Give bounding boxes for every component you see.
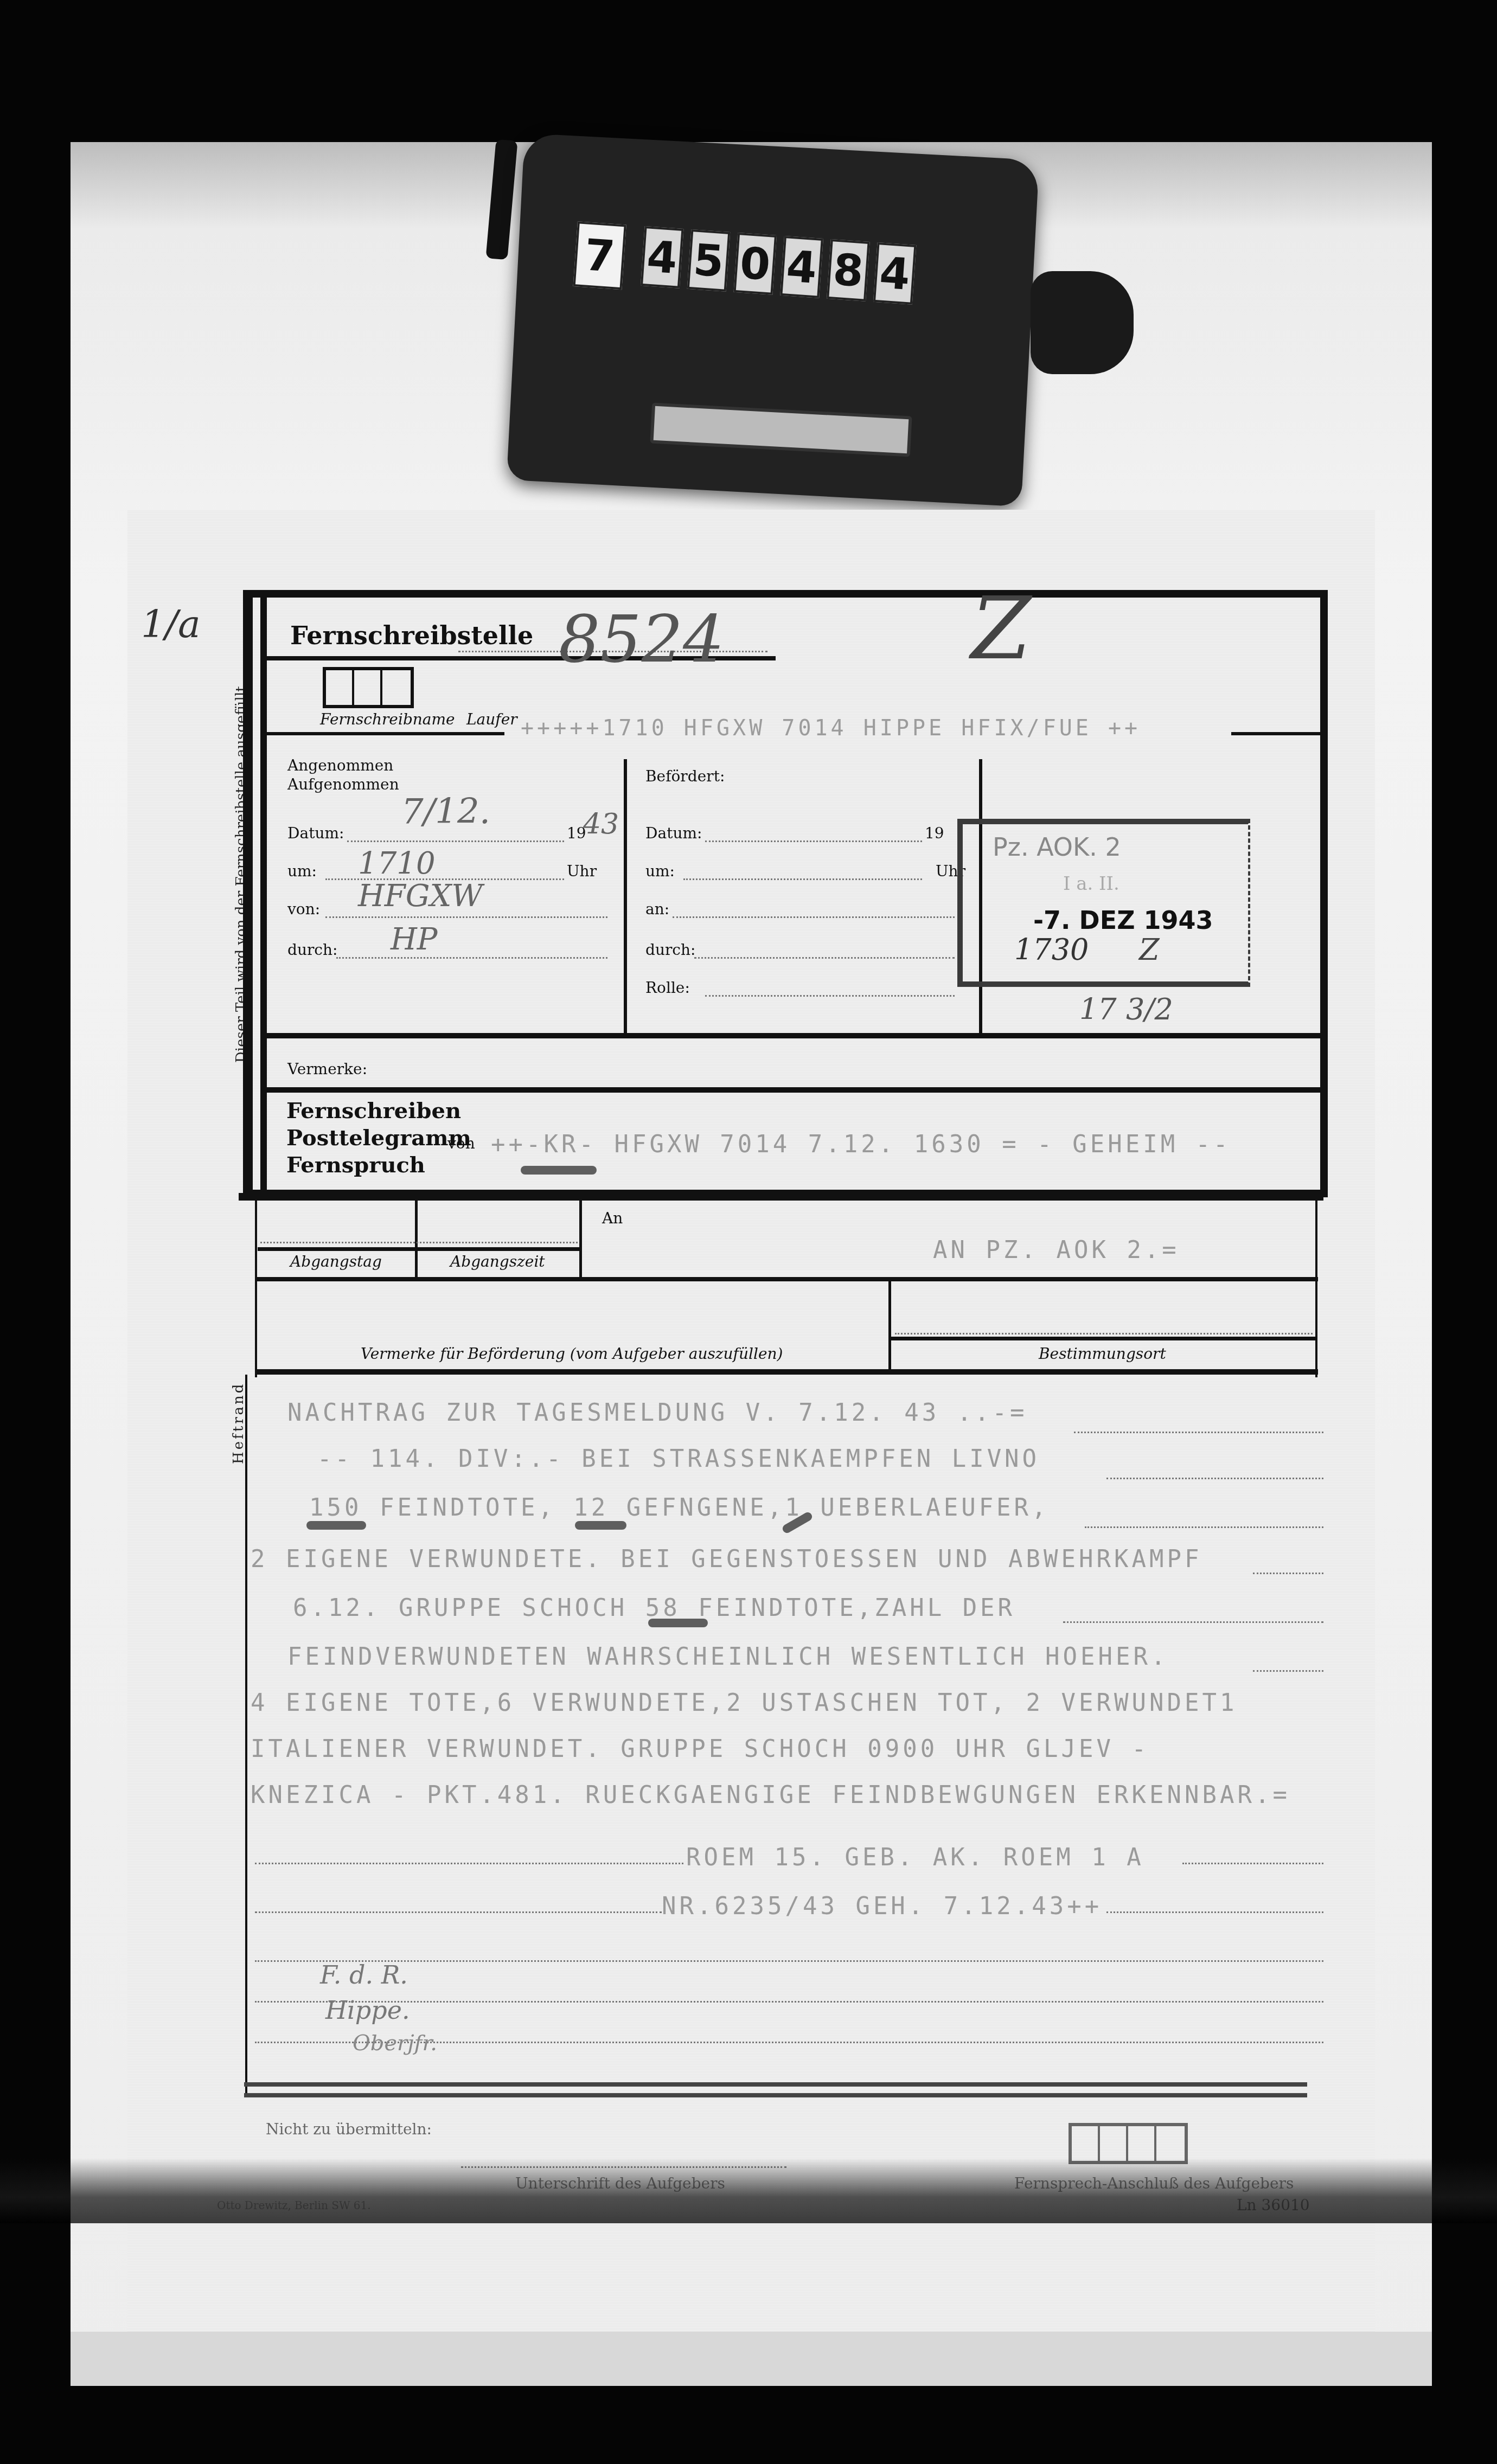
received-time-label: um: <box>287 862 317 880</box>
counter-digit: 7 <box>573 221 626 290</box>
body-line: ROEM 15. GEB. AK. ROEM 1 A <box>686 1844 1144 1871</box>
body-line: 2 EIGENE VERWUNDETE. BEI GEGENSTOESSEN U… <box>251 1545 1202 1573</box>
counter-digit: 4 <box>780 236 823 298</box>
received-title-bottom: Aufgenommen <box>287 775 399 793</box>
stamp-handwritten-below: 17 3/2 <box>1079 992 1173 1026</box>
received-year-value[interactable]: 43 <box>583 808 619 840</box>
counter-digit: 4 <box>641 226 683 288</box>
body-line: 4 EIGENE TOTE,6 VERWUNDETE,2 USTASCHEN T… <box>251 1689 1237 1717</box>
received-by-label: durch: <box>287 941 338 959</box>
underline-mark <box>575 1521 626 1530</box>
body-line: -- 114. DIV:.- BEI STRASSENKAEMPFEN LIVN… <box>317 1445 1040 1473</box>
underline-mark <box>648 1619 708 1627</box>
received-date-label: Datum: <box>287 824 344 842</box>
forwarded-title: Befördert: <box>645 767 725 785</box>
type-post-telegram[interactable]: Posttelegramm <box>286 1125 471 1151</box>
body-line: NACHTRAG ZUR TAGESMELDUNG V. 7.12. 43 ..… <box>287 1399 1028 1427</box>
body-line: 6.12. GRUPPE SCHOCH 58 FEINDTOTE,ZAHL DE… <box>293 1594 1015 1622</box>
underline-mark <box>521 1166 597 1175</box>
remarks-label: Vermerke: <box>287 1060 367 1078</box>
destination-label: Bestimmungsort <box>1039 1345 1166 1363</box>
binding-edge-label: Heftrand <box>231 1382 247 1464</box>
forwarded-time-label: um: <box>645 862 675 880</box>
stamp-initials: Z <box>1139 933 1160 967</box>
received-time-unit: Uhr <box>567 862 597 880</box>
forwarded-roll-label: Rolle: <box>645 979 690 997</box>
dispatch-to-value: AN PZ. AOK 2.= <box>933 1236 1180 1264</box>
dispatch-to-label: An <box>602 1209 623 1227</box>
forwarded-year-prefix: 19 <box>925 824 944 842</box>
counter-digit: 0 <box>734 233 777 295</box>
received-date-value[interactable]: 7/12. <box>401 792 490 832</box>
teleprinter-name-boxes[interactable] <box>323 667 414 708</box>
counter-digit: 4 <box>873 242 916 305</box>
forwarded-date-label: Datum: <box>645 824 702 842</box>
stamp-handwritten-time: 1730 <box>1014 933 1089 967</box>
message-from-value: ++-KR- HFGXW 7014 7.12. 1630 = - GEHEIM … <box>491 1131 1231 1158</box>
received-from-value[interactable]: HFGXW <box>358 878 483 914</box>
signature-line-1: F. d. R. <box>320 1960 408 1990</box>
not-transmit-label: Nicht zu übermitteln: <box>266 2120 432 2138</box>
forwarded-to-label: an: <box>645 900 669 918</box>
scan-bottom-shadow <box>0 2158 1497 2223</box>
received-by-value[interactable]: HP <box>391 922 438 957</box>
received-title-top: Angenommen <box>287 756 393 774</box>
counter-digit: 8 <box>827 239 869 301</box>
body-line: NR.6235/43 GEH. 7.12.43++ <box>662 1892 1102 1920</box>
body-line: ITALIENER VERWUNDET. GRUPPE SCHOCH 0900 … <box>251 1735 1149 1763</box>
received-from-label: von: <box>287 900 320 918</box>
folder-reference: 1/a <box>141 602 201 646</box>
stamp-department: I a. II. <box>1063 873 1119 895</box>
underline-mark <box>306 1521 366 1530</box>
body-line: 150 FEINDTOTE, 12 GEFNGENE,1 UEBERLAEUFE… <box>309 1494 1050 1522</box>
transmission-header-line: +++++1710 HFGXW 7014 HIPPE HFIX/FUE ++ <box>521 716 1141 741</box>
counter-reset-knob-icon <box>1031 271 1134 374</box>
message-from-label: von <box>447 1134 475 1152</box>
routing-notes-label: Vermerke für Beförderung (vom Aufgeber a… <box>361 1345 783 1363</box>
frame-counter-device <box>507 133 1039 507</box>
runner-label: Laufer <box>466 710 517 728</box>
stamp-unit: Pz. AOK. 2 <box>993 832 1121 862</box>
station-number: 8524 <box>559 602 724 677</box>
signature-line-2: Hippe. <box>325 1995 410 2025</box>
forwarded-by-label: durch: <box>645 941 696 959</box>
dispatch-day-label: Abgangstag <box>290 1253 382 1271</box>
sleeve-bottom <box>71 2332 1432 2386</box>
counter-digit: 5 <box>687 229 730 292</box>
body-line: KNEZICA - PKT.481. RUECKGAENGIGE FEINDBE… <box>251 1781 1290 1809</box>
station-label: Fernschreibstelle <box>290 621 533 650</box>
type-teletype[interactable]: Fernschreiben <box>286 1098 461 1124</box>
type-phone-message[interactable]: Fernspruch <box>286 1152 425 1178</box>
routing-mark: Z <box>971 578 1031 679</box>
body-line: FEINDVERWUNDETEN WAHRSCHEINLICH WESENTLI… <box>287 1643 1169 1671</box>
signature-line-3: Oberjfr. <box>353 2031 437 2056</box>
teleprinter-name-label: Fernschreibname <box>320 710 455 728</box>
dispatch-time-label: Abgangszeit <box>450 1253 545 1271</box>
stamp-date: -7. DEZ 1943 <box>1033 906 1213 935</box>
received-time-value[interactable]: 1710 <box>358 846 436 881</box>
